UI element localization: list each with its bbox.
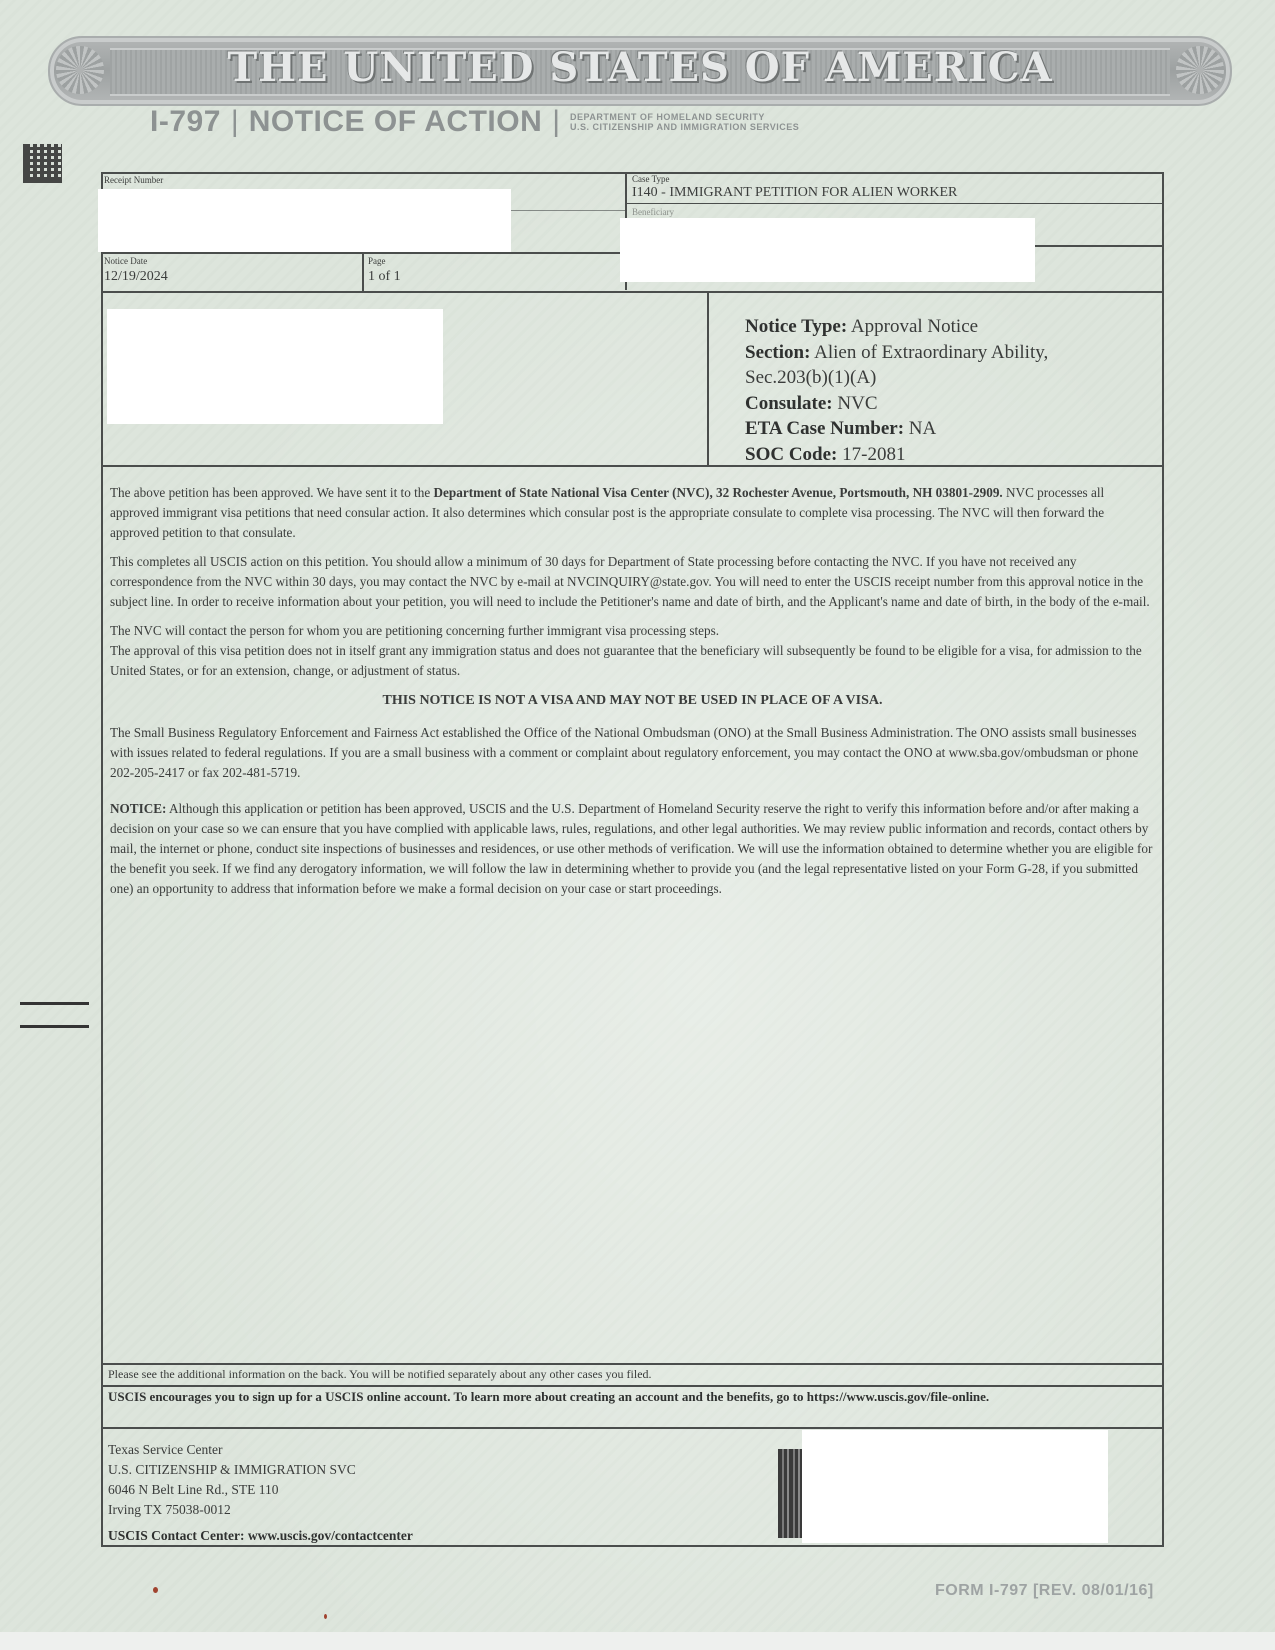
notice-type: Notice Type: Approval Notice	[745, 314, 1048, 340]
receipt-number-label: Receipt Number	[104, 175, 163, 185]
consulate: Consulate: NVC	[745, 391, 1048, 417]
page-label: Page	[368, 256, 386, 266]
paragraph-status: The approval of this visa petition does …	[110, 641, 1155, 681]
additional-info-note: Please see the additional information on…	[108, 1367, 652, 1382]
scan-edge	[0, 1632, 1275, 1650]
fold-mark	[20, 1025, 89, 1028]
notice-body: The above petition has been approved. We…	[110, 483, 1155, 908]
notice-details: Notice Type: Approval Notice Section: Al…	[745, 314, 1048, 467]
department-line-2: U.S. CITIZENSHIP AND IMMIGRATION SERVICE…	[570, 122, 799, 132]
address-block-redacted	[107, 309, 443, 424]
form-revision: FORM I-797 [REV. 08/01/16]	[935, 1582, 1154, 1600]
page-value: 1 of 1	[368, 269, 401, 285]
fold-mark	[20, 1002, 89, 1005]
service-center-address: Texas Service Center U.S. CITIZENSHIP & …	[108, 1440, 356, 1520]
heading-separator: |	[552, 105, 560, 139]
soc-code: SOC Code: 17-2081	[745, 442, 1048, 468]
eta-case-number: ETA Case Number: NA	[745, 416, 1048, 442]
department-name: DEPARTMENT OF HOMELAND SECURITY U.S. CIT…	[570, 112, 799, 132]
section-line-2: Sec.203(b)(1)(A)	[745, 365, 1048, 391]
row-divider	[510, 210, 625, 211]
stain-mark	[324, 1614, 327, 1619]
rosette-icon	[1176, 46, 1224, 94]
section: Section: Alien of Extraordinary Ability,	[745, 340, 1048, 366]
form-title: NOTICE OF ACTION	[249, 105, 543, 139]
case-type-value: I140 - IMMIGRANT PETITION FOR ALIEN WORK…	[632, 185, 957, 201]
row-divider	[101, 291, 1163, 293]
department-line-1: DEPARTMENT OF HOMELAND SECURITY	[570, 112, 765, 122]
paragraph-nvc: The above petition has been approved. We…	[110, 483, 1155, 543]
table-border-right	[1162, 172, 1164, 1546]
banner-title: THE UNITED STATES OF AMERICA	[50, 44, 1230, 91]
notice-date-value: 12/19/2024	[104, 269, 168, 285]
office-name: Texas Service Center	[108, 1440, 356, 1460]
row-divider	[625, 203, 1163, 204]
office-street: 6046 N Belt Line Rd., STE 110	[108, 1480, 356, 1500]
barcode-icon	[778, 1449, 802, 1538]
paragraph-contact: The NVC will contact the person for whom…	[110, 621, 1155, 641]
beneficiary-label: Beneficiary	[632, 207, 674, 217]
stain-mark	[153, 1587, 158, 1593]
heading-separator: |	[231, 105, 239, 139]
beneficiary-redacted	[620, 218, 1035, 282]
column-divider	[707, 291, 709, 466]
table-border-bottom	[101, 1545, 1164, 1547]
contact-center: USCIS Contact Center: www.uscis.gov/cont…	[108, 1528, 413, 1544]
row-divider	[101, 1427, 1163, 1429]
row-divider	[101, 1363, 1163, 1365]
paragraph-ombudsman: The Small Business Regulatory Enforcemen…	[110, 723, 1155, 783]
case-type-label: Case Type	[632, 174, 669, 184]
qr-code-icon	[23, 144, 62, 183]
receipt-number-redacted	[98, 189, 511, 252]
notice-date-label: Notice Date	[104, 256, 147, 266]
column-divider	[362, 252, 364, 292]
not-a-visa-warning: THIS NOTICE IS NOT A VISA AND MAY NOT BE…	[110, 691, 1155, 711]
office-city: Irving TX 75038-0012	[108, 1500, 356, 1520]
barcode-redacted	[802, 1430, 1108, 1543]
form-heading: I-797 | NOTICE OF ACTION | DEPARTMENT OF…	[150, 102, 799, 142]
paragraph-notice: NOTICE: Although this application or pet…	[110, 799, 1155, 899]
online-account-note: USCIS encourages you to sign up for a US…	[108, 1387, 1148, 1406]
office-agency: U.S. CITIZENSHIP & IMMIGRATION SVC	[108, 1460, 356, 1480]
table-border-left	[101, 172, 103, 1546]
paragraph-processing: This completes all USCIS action on this …	[110, 552, 1155, 612]
banner: THE UNITED STATES OF AMERICA	[48, 36, 1232, 106]
form-number: I-797	[150, 105, 221, 139]
